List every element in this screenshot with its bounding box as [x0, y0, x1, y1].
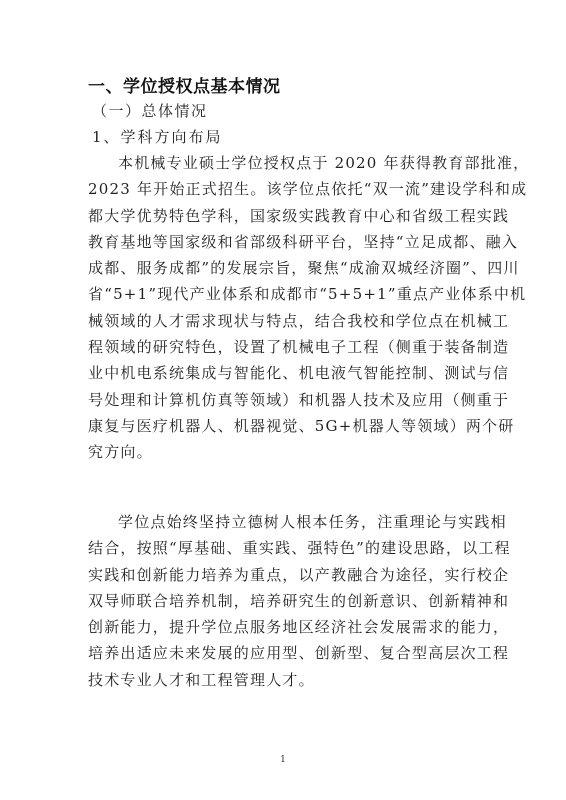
paragraph-line: 实践和创新能力培养为重点，以产教融合为途径，实行校企: [88, 562, 480, 588]
paragraph-line: 本机械专业硕士学位授权点于 2020 年获得教育部批准，: [88, 150, 480, 176]
paragraph-line: 成都、服务成都”的发展宗旨，聚焦“成渝双城经济圈”、四川: [88, 255, 480, 281]
paragraph-line: 程领域的研究特色，设置了机械电子工程（侧重于装备制造: [88, 334, 480, 360]
paragraph-line: 培养出适应未来发展的应用型、创新型、复合型高层次工程: [88, 640, 480, 666]
paragraph-line: 究方向。: [88, 439, 480, 465]
paragraph-line: 号处理和计算机仿真等领域）和机器人技术及应用（侧重于: [88, 387, 480, 413]
paragraph-line: 结合，按照“厚基础、重实践、强特色”的建设思路，以工程: [88, 535, 480, 561]
paragraph-line: 2023 年开始正式招生。该学位点依托“双一流”建设学科和成: [88, 176, 480, 202]
paragraph-1: 本机械专业硕士学位授权点于 2020 年获得教育部批准， 2023 年开始正式招…: [88, 150, 480, 466]
page-number: 1: [0, 755, 566, 765]
paragraph-line: 创新能力，提升学位点服务地区经济社会发展需求的能力，: [88, 614, 480, 640]
paragraph-2: 学位点始终坚持立德树人根本任务，注重理论与实践相 结合，按照“厚基础、重实践、强…: [88, 509, 480, 693]
paragraph-line: 康复与医疗机器人、机器视觉、5G+机器人等领域）两个研: [88, 413, 480, 439]
paragraph-line: 械领域的人才需求现状与特点，结合我校和学位点在机械工: [88, 308, 480, 334]
section-heading: 一、学位授权点基本情况: [88, 72, 281, 97]
document-page: 一、学位授权点基本情况 （一）总体情况 1、学科方向布局 本机械专业硕士学位授权…: [0, 0, 566, 800]
paragraph-line: 省“5+1”现代产业体系和成都市“5+5+1”重点产业体系中机: [88, 281, 480, 307]
paragraph-line: 都大学优势特色学科，国家级实践教育中心和省级工程实践: [88, 203, 480, 229]
paragraph-line: 教育基地等国家级和省部级科研平台，坚持“立足成都、融入: [88, 229, 480, 255]
item-heading: 1、学科方向布局: [92, 126, 223, 147]
paragraph-line: 学位点始终坚持立德树人根本任务，注重理论与实践相: [88, 509, 480, 535]
paragraph-line: 业中机电系统集成与智能化、机电液气智能控制、测试与信: [88, 360, 480, 386]
subsection-heading: （一）总体情况: [92, 100, 208, 121]
paragraph-line: 双导师联合培养机制，培养研究生的创新意识、创新精神和: [88, 588, 480, 614]
paragraph-line: 技术专业人才和工程管理人才。: [88, 667, 480, 693]
